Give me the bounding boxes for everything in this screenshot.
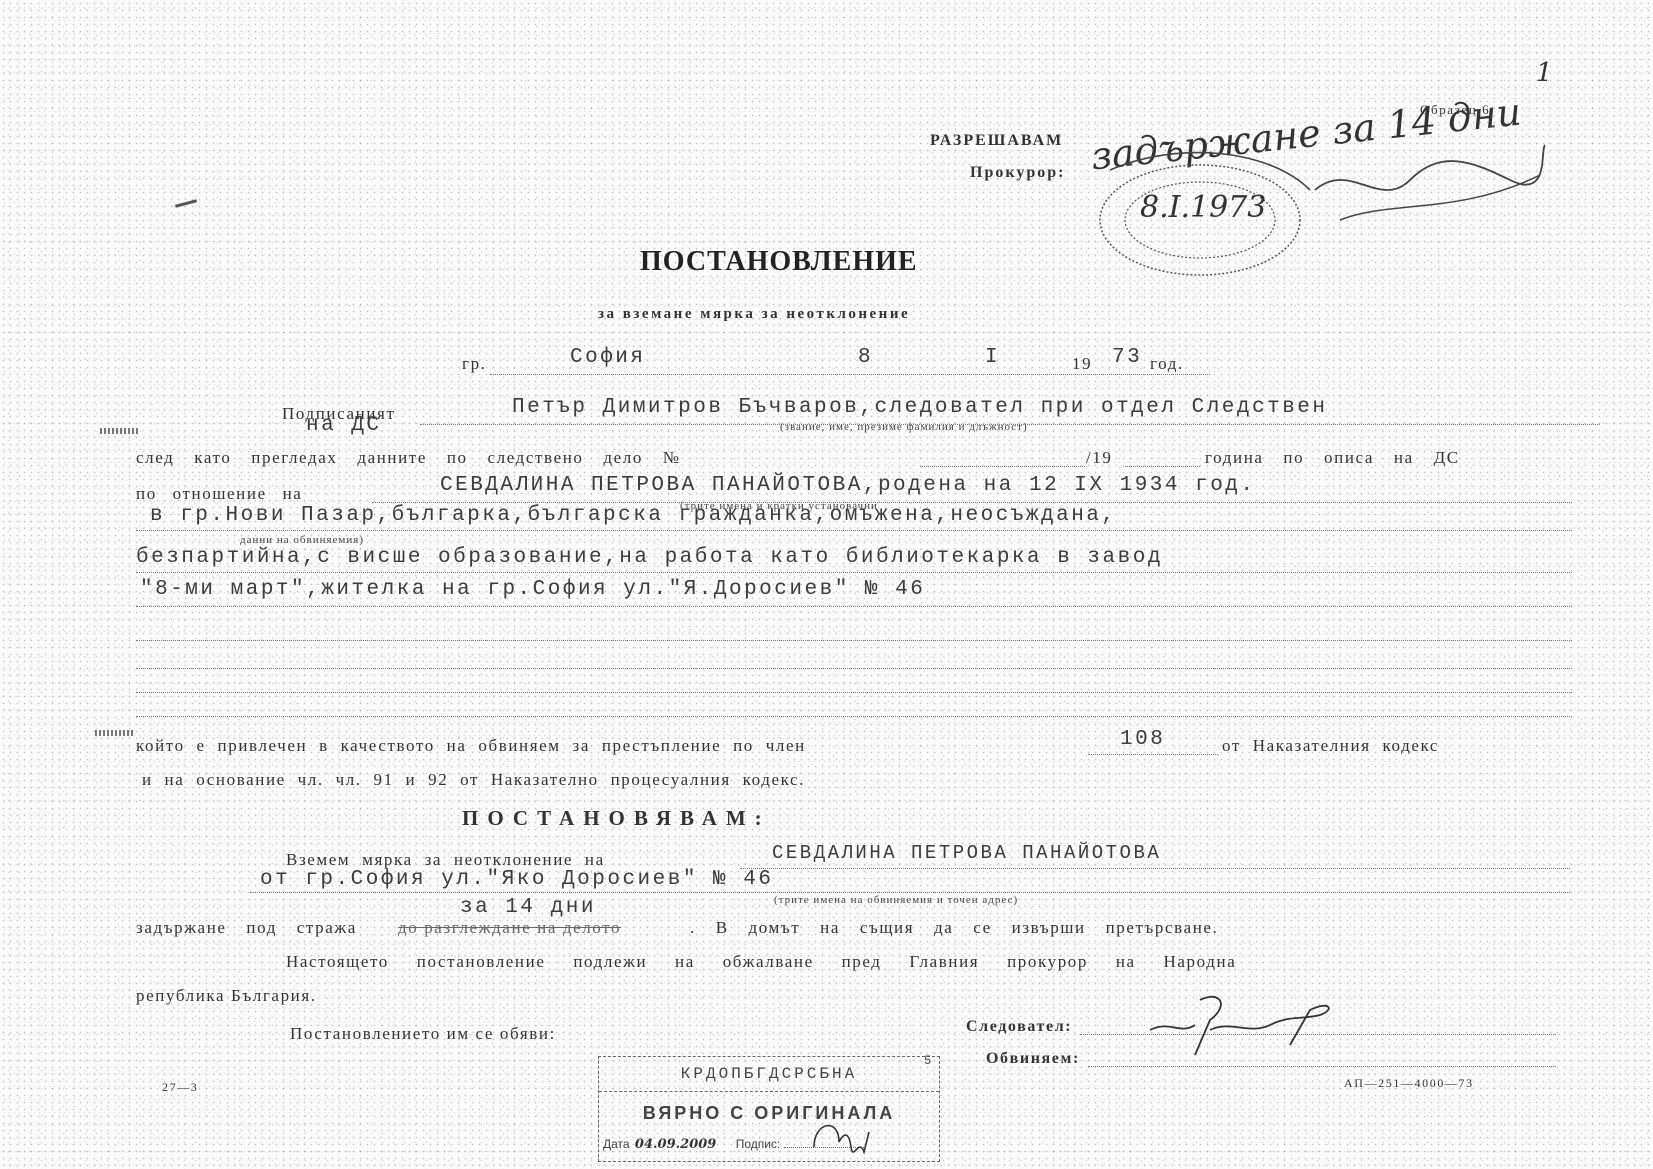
charge-article: 108: [1120, 728, 1165, 751]
accused-dotline-3: [136, 572, 1572, 573]
appeal-line2: република България.: [136, 986, 317, 1006]
appeal-line1: Настоящето постановление подлежи на обжа…: [286, 952, 1236, 972]
case-text: след като прегледах данните по следствен…: [136, 448, 681, 468]
signatory-caption: (звание, име, презиме фамилия и длъжност…: [780, 421, 1028, 433]
measure-dotline: [740, 868, 1570, 869]
year-value: 73: [1112, 346, 1142, 369]
punch-hole-mark: [95, 730, 135, 736]
accused-value-line3: безпартийна,с висше образование,на работ…: [136, 546, 1163, 569]
form-code-right: АП—251—4000—73: [1344, 1076, 1474, 1091]
case-number-dotline: [920, 466, 1085, 467]
stamp-certified-true-copy: ВЯРНО С ОРИГИНАЛА: [599, 1103, 939, 1124]
stamp-number: 5: [924, 1053, 931, 1067]
address-dotline: [250, 892, 1570, 893]
stamp-sign-label: Подпис:: [736, 1137, 781, 1151]
document-subtitle: за вземане мярка за неотклонение: [598, 306, 910, 323]
case-year-dotline: [1125, 466, 1200, 467]
certification-stamp: КРДОПБГДСРСБНА 5 ВЯРНО С ОРИГИНАЛА Дата …: [598, 1056, 940, 1162]
charge-suffix: от Наказателния кодекс: [1222, 736, 1439, 756]
stamp-date-value: 04.09.2009: [635, 1137, 716, 1152]
stamp-date-row: Дата 04.09.2009 Подпис:: [603, 1137, 935, 1152]
accused-label: по отношение на: [136, 484, 302, 504]
margin-mark: [175, 199, 197, 208]
charge-text: който е привлечен в качеството на обвиня…: [136, 736, 806, 756]
address-caption: (трите имена на обвиняемия и точен адрес…: [774, 894, 1018, 906]
blank-dotline: [136, 640, 1572, 641]
measure-address: от гр.София ул."Яко Доросиев" № 46: [260, 868, 773, 891]
stamp-signature-icon: [809, 1117, 879, 1157]
date-dotline: [490, 374, 1210, 375]
case-year-prefix: /19: [1086, 448, 1113, 468]
blank-dotline: [136, 692, 1572, 693]
investigator-signature-icon: [1140, 990, 1340, 1060]
page-number: 1: [1536, 58, 1553, 88]
form-code-left: 27—3: [162, 1080, 198, 1095]
accused-dotline-2: [136, 530, 1572, 531]
decision-heading: ПОСТАНОВЯВАМ:: [462, 806, 771, 831]
stamp-date-label: Дата: [603, 1137, 630, 1151]
case-suffix: година по описа на ДС: [1205, 448, 1460, 468]
year-suffix: год.: [1150, 354, 1184, 374]
announced-label: Постановлението им се обяви:: [290, 1024, 556, 1044]
stamp-agency-line: КРДОПБГДСРСБНА: [599, 1057, 939, 1092]
article-dotline: [1088, 754, 1218, 755]
accused-sign-label: Обвиняем:: [986, 1050, 1080, 1068]
measure-name: СЕВДАЛИНА ПЕТРОВА ПАНАЙОТОВА: [772, 842, 1161, 864]
punch-hole-mark: [100, 428, 140, 434]
accused-value-line1: СЕВДАЛИНА ПЕТРОВА ПАНАЙОТОВА,родена на 1…: [440, 474, 1256, 497]
signatory-value: Петър Димитров Бъчваров,следовател при о…: [512, 396, 1328, 419]
blank-dotline: [136, 668, 1572, 669]
prosecutor-signature-icon: [1310, 140, 1550, 230]
accused-signature-line: [1088, 1066, 1556, 1067]
year-prefix: 19: [1072, 354, 1092, 374]
struck-text: до разглеждане на делото: [398, 918, 621, 938]
month-value: I: [985, 346, 1000, 369]
city-prefix: гр.: [462, 354, 487, 374]
day-value: 8: [858, 346, 873, 369]
charge-basis: и на основание чл. чл. 91 и 92 от Наказа…: [142, 770, 805, 790]
measure-text: Вземем мярка за неотклонение на: [286, 850, 605, 870]
approval-label: РАЗРЕШАВАМ: [930, 132, 1063, 150]
accused-value-line4: "8-ми март",жителка на гр.София ул."Я.До…: [140, 578, 925, 601]
blank-dotline: [136, 716, 1572, 717]
accused-value-line2: в гр.Нови Пазар,българка,българска гражд…: [150, 504, 1117, 527]
stamp-date: 8.I.1973: [1140, 190, 1266, 225]
document-title: ПОСТАНОВЛЕНИЕ: [640, 246, 918, 278]
accused-dotline-1: [372, 502, 1572, 503]
city-value: София: [570, 346, 646, 369]
detention-text: задържане под стража: [136, 918, 357, 938]
duration-typed: за 14 дни: [460, 896, 596, 919]
signatory-value-line2: на ДС: [306, 414, 382, 437]
scanned-document-page: 1 Образец 6 РАЗРЕШАВАМ Прокурор: задържа…: [0, 0, 1653, 1169]
prosecutor-label: Прокурор:: [970, 164, 1065, 182]
accused-caption-2: данни на обвиняемия): [240, 534, 364, 546]
search-text: . В домът на същия да се извърши претърс…: [690, 918, 1218, 938]
accused-dotline-4: [136, 606, 1572, 607]
investigator-label: Следовател:: [966, 1018, 1072, 1036]
